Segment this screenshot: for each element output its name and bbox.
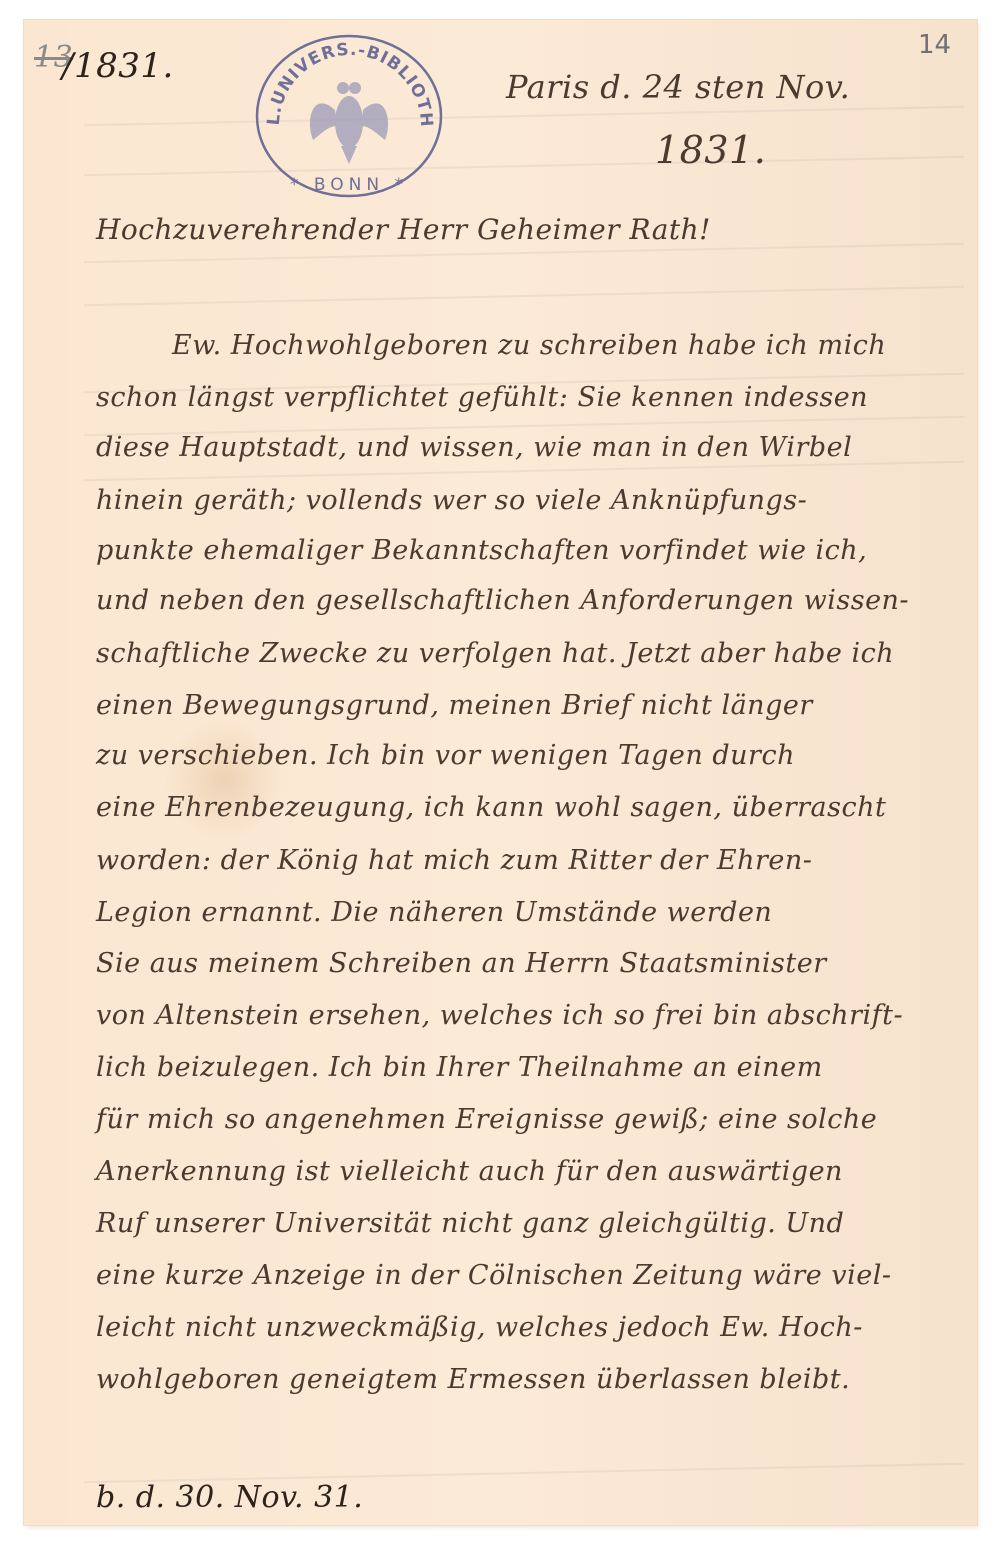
receipt-note: b. d. 30. Nov. 31. [96,1480,363,1515]
body-line: punkte ehemaliger Bekanntschaften vorfin… [96,535,867,566]
body-line: Legion ernannt. Die näheren Umstände wer… [96,897,772,928]
letter-year: 1831. [655,128,766,172]
body-line: einen Bewegungsgrund, meinen Brief nicht… [96,690,813,721]
body-line: Anerkennung ist vielleicht auch für den … [96,1156,843,1187]
body-line: schon längst verpflichtet gefühlt: Sie k… [96,382,868,413]
salutation: Hochzuverehrender Herr Geheimer Rath! [96,213,711,246]
body-line: hinein geräth; vollends wer so viele Ank… [96,485,807,516]
body-line: und neben den gesellschaftlichen Anforde… [96,585,909,616]
folio-number: 14 [918,30,951,60]
bleed-through-line [84,461,964,481]
body-line: für mich so angenehmen Ereignisse gewiß;… [96,1104,877,1135]
body-line: Sie aus meinem Schreiben an Herrn Staats… [96,948,827,979]
archive-number: /1831. [62,46,174,86]
stamp-seal-icon: KGL.UNIVERS.-BIBLIOTHEK * BONN * [253,30,445,198]
body-line: Ew. Hochwohlgeboren zu schreiben habe ic… [172,330,886,361]
body-line: eine Ehrenbezeugung, ich kann wohl sagen… [96,792,886,823]
body-line: lich beizulegen. Ich bin Ihrer Theilnahm… [96,1052,823,1083]
library-stamp: KGL.UNIVERS.-BIBLIOTHEK * BONN * [253,30,445,198]
svg-text:* BONN *: * BONN * [290,175,408,195]
body-line: Ruf unserer Universität nicht ganz gleic… [96,1208,844,1239]
bleed-through-line [84,156,964,176]
body-line: leicht nicht unzweckmäßig, welches jedoc… [96,1312,863,1343]
body-line: diese Hauptstadt, und wissen, wie man in… [96,432,852,463]
bleed-through-line [84,106,964,126]
body-line: schaftliche Zwecke zu verfolgen hat. Jet… [96,638,894,669]
place-date: Paris d. 24 sten Nov. [506,68,850,106]
body-line: von Altenstein ersehen, welches ich so f… [96,1000,903,1031]
body-line: zu verschieben. Ich bin vor wenigen Tage… [96,740,795,771]
body-line: worden: der König hat mich zum Ritter de… [96,845,812,876]
body-line: eine kurze Anzeige in der Cölnischen Zei… [96,1260,892,1291]
bleed-through-line [84,286,964,306]
body-line: wohlgeboren geneigtem Ermessen überlasse… [96,1364,850,1395]
